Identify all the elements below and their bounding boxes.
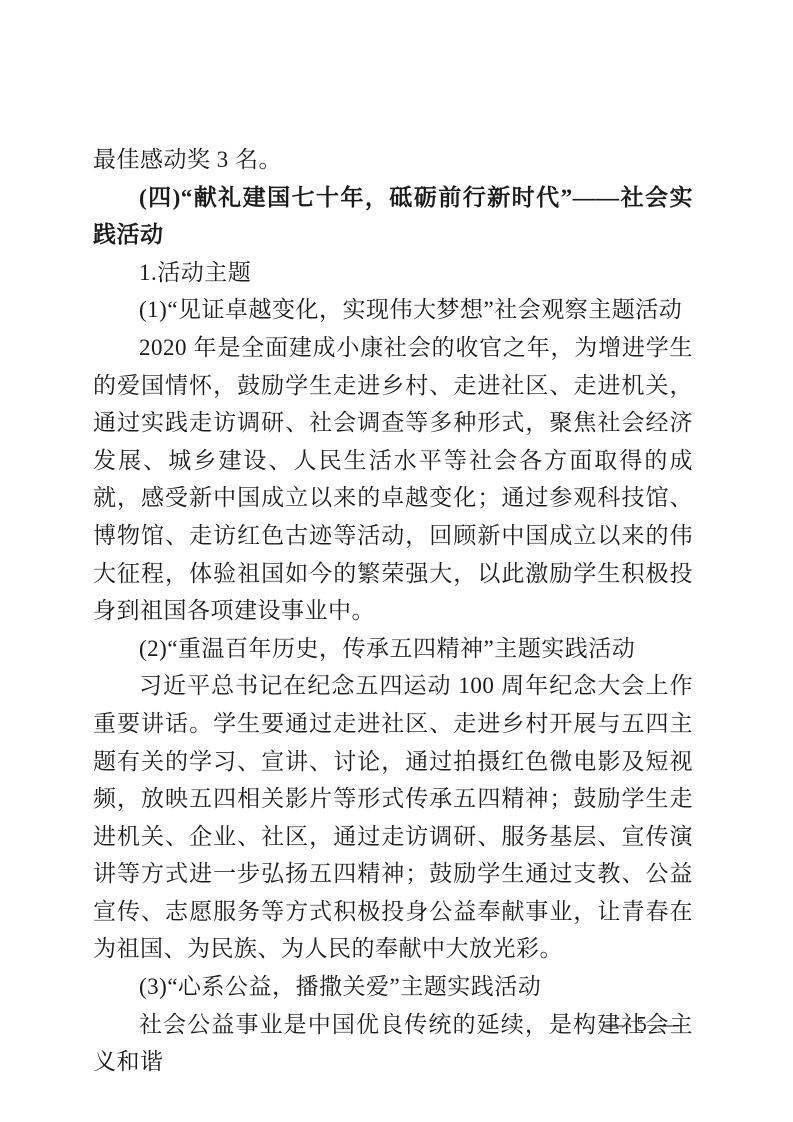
paragraph-item-3-body: 社会公益事业是中国优良传统的延续，是构建社会主义和谐 — [93, 1006, 693, 1081]
document-page: 最佳感动奖 3 名。 (四)“献礼建国七十年，砥砺前行新时代”——社会实践活动 … — [0, 0, 793, 1122]
item-heading-2: (2)“重温百年历史，传承五四精神”主题实践活动 — [93, 630, 693, 668]
document-body: 最佳感动奖 3 名。 (四)“献礼建国七十年，砥砺前行新时代”——社会实践活动 … — [93, 141, 693, 1081]
paragraph-continuation: 最佳感动奖 3 名。 — [93, 141, 693, 179]
item-heading-1: (1)“见证卓越变化，实现伟大梦想”社会观察主题活动 — [93, 291, 693, 329]
item-heading-3: (3)“心系公益，播撒关爱”主题实践活动 — [93, 968, 693, 1006]
page-number: — 5 — — [604, 1011, 679, 1037]
paragraph-item-2-body: 习近平总书记在纪念五四运动 100 周年纪念大会上作重要讲话。学生要通过走进社区… — [93, 667, 693, 968]
section-heading-4: (四)“献礼建国七十年，砥砺前行新时代”——社会实践活动 — [93, 179, 693, 254]
subheading-activity-theme: 1.活动主题 — [93, 254, 693, 292]
paragraph-item-1-body: 2020 年是全面建成小康社会的收官之年，为增进学生的爱国情怀，鼓励学生走进乡村… — [93, 329, 693, 630]
